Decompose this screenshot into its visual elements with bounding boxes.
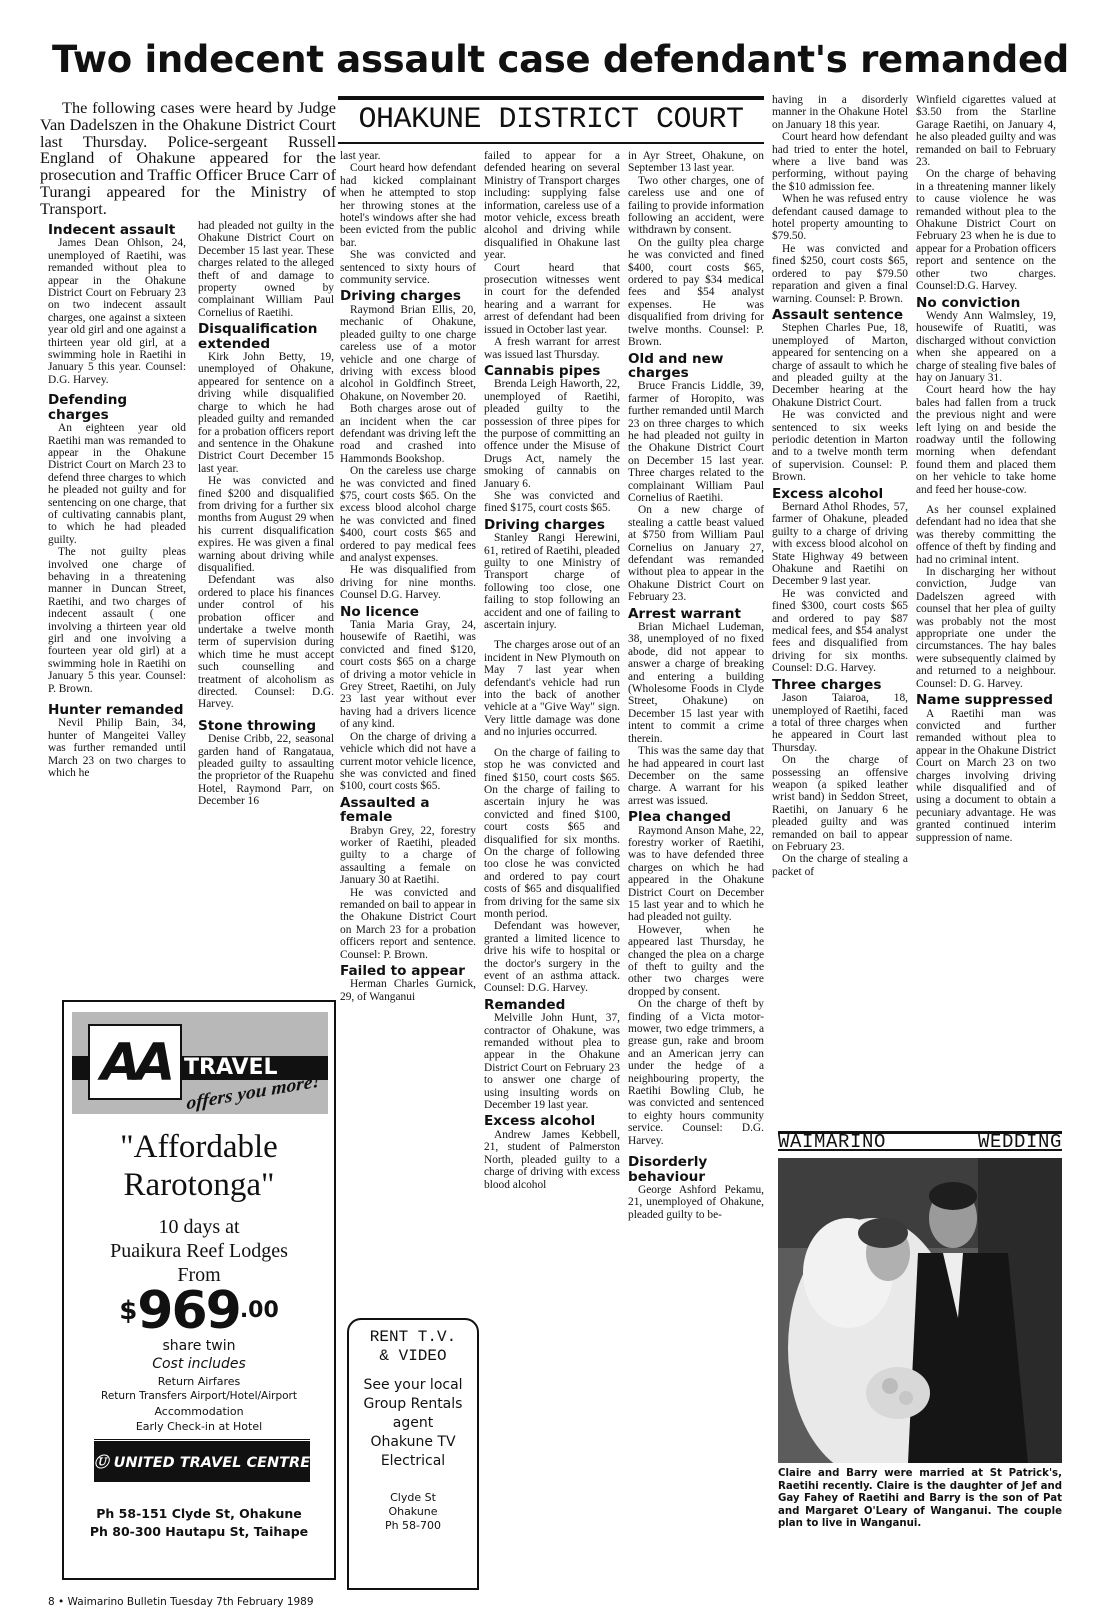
ad-share-twin: share twin <box>64 1338 334 1354</box>
article-text: Brian Michael Ludeman, 38, unemployed of… <box>628 621 764 745</box>
article-text: On the charge of behaving in a threateni… <box>916 168 1056 292</box>
article-text: In discharging her without conviction, J… <box>916 566 1056 690</box>
article-text: Wendy Ann Walmsley, 19, housewife of Rua… <box>916 310 1056 384</box>
ad-cost-includes: Cost includes <box>64 1356 334 1372</box>
subhead: Cannabis pipes <box>484 364 620 378</box>
subhead: Remanded <box>484 998 620 1012</box>
subhead: Plea changed <box>628 810 764 824</box>
subhead: Assault sentence <box>772 308 908 322</box>
price-cents: .00 <box>240 1298 279 1323</box>
subhead: Defending charges <box>48 393 186 422</box>
subhead: Arrest warrant <box>628 607 764 621</box>
article-text: Herman Charles Gurnick, 29, of Wanganui <box>340 978 476 1003</box>
subhead: Disqualification extended <box>198 322 334 351</box>
column-3: last year. Court heard how defendant had… <box>340 150 476 1003</box>
article-text: She was convicted and sentenced to sixty… <box>340 249 476 286</box>
united-logo-icon: Ⓤ <box>94 1455 114 1471</box>
price-symbol: $ <box>119 1296 137 1326</box>
article-text: The not guilty pleas involved one charge… <box>48 546 186 695</box>
article-text: in Ayr Street, Ohakune, on September 13 … <box>628 150 764 175</box>
rent-body-3: agent <box>349 1414 477 1433</box>
subhead: Driving charges <box>484 518 620 532</box>
article-text: On the guilty plea charge he was convict… <box>628 237 764 349</box>
article-text: He was convicted and fined $200 and disq… <box>198 475 334 574</box>
article-text: Brenda Leigh Haworth, 22, unemployed of … <box>484 378 620 490</box>
column-5: in Ayr Street, Ohakune, on September 13 … <box>628 150 764 1221</box>
article-text: Bruce Francis Liddle, 39, farmer of Horo… <box>628 380 764 504</box>
article-text: Defendant was however, granted a limited… <box>484 920 620 994</box>
ad-include-4: Early Check-in at Hotel <box>64 1420 334 1433</box>
article-text: Tania Maria Gray, 24, housewife of Raeti… <box>340 619 476 731</box>
subhead: Three charges <box>772 678 908 692</box>
wedding-heading-right: WEDDING <box>978 1134 1062 1149</box>
subhead: Assaulted a female <box>340 796 476 825</box>
rent-addr-3: Ph 58-700 <box>349 1519 477 1533</box>
ad-include-1: Return Airfares <box>64 1375 334 1388</box>
page-headline: Two indecent assault case defendant's re… <box>52 38 1072 82</box>
rent-body-2: Group Rentals <box>349 1395 477 1414</box>
rent-addr-1: Clyde St <box>349 1491 477 1505</box>
article-text: Jason Taiaroa, 18, unemployed of Raetihi… <box>772 692 908 754</box>
article-text: Court heard that prosecution witnesses w… <box>484 262 620 336</box>
united-name: UNITED TRAVEL CENTRE <box>114 1455 311 1471</box>
wedding-couple-image <box>778 1158 1062 1463</box>
article-text: last year. <box>340 150 476 162</box>
article-text: He was convicted and fined $250, court c… <box>772 243 908 305</box>
article-text: George Ashford Pekamu, 21, unemployed of… <box>628 1184 764 1221</box>
article-text: Andrew James Kebbell, 21, student of Pal… <box>484 1129 620 1191</box>
subhead: Disorderly behaviour <box>628 1155 764 1184</box>
aa-logo-mark: AA <box>88 1024 182 1100</box>
court-banner: OHAKUNE DISTRICT COURT <box>338 96 764 144</box>
article-text: On the charge of failing to stop he was … <box>484 747 620 921</box>
subhead: Driving charges <box>340 289 476 303</box>
article-text: Raymond Anson Mahe, 22, forestry worker … <box>628 825 764 924</box>
subhead: No conviction <box>916 296 1056 310</box>
article-text: When he was refused entry defendant caus… <box>772 193 908 243</box>
article-text: On the careless use charge he was convic… <box>340 465 476 564</box>
article-text: On a new charge of stealing a cattle bea… <box>628 504 764 603</box>
ad-price: $969.00 <box>64 1286 334 1342</box>
rent-title-1: RENT T.V. <box>349 1328 477 1346</box>
article-text: Winfield cigarettes valued at $3.50 from… <box>916 94 1056 168</box>
article-text: Denise Cribb, 22, seasonal garden hand o… <box>198 733 334 807</box>
article-text: He was convicted and sentenced to six we… <box>772 409 908 483</box>
ad-title-line-2: Rarotonga" <box>64 1168 334 1202</box>
column-4: failed to appear for a defended hearing … <box>484 150 620 1191</box>
logo-travel-text: TRAVEL <box>184 1056 278 1080</box>
article-text: She was convicted and fined $175, court … <box>484 490 620 515</box>
article-text: Court heard how the hay bales had fallen… <box>916 384 1056 496</box>
article-text: However, when he appeared last Thursday,… <box>628 924 764 998</box>
ad-title-line-1: "Affordable <box>64 1130 334 1164</box>
article-text: A fresh warrant for arrest was issued la… <box>484 336 620 361</box>
rent-addr-2: Ohakune <box>349 1505 477 1519</box>
article-text: Brabyn Grey, 22, forestry worker of Raet… <box>340 825 476 887</box>
wedding-heading: WAIMARINO WEDDING <box>778 1131 1062 1151</box>
article-text: Court heard how defendant had tried to e… <box>772 131 908 193</box>
rent-body-1: See your local <box>349 1376 477 1395</box>
article-text: Bernard Athol Rhodes, 57, farmer of Ohak… <box>772 501 908 588</box>
subhead: Excess alcohol <box>484 1114 620 1128</box>
ad-phone-ohakune: Ph 58-151 Clyde St, Ohakune <box>64 1506 334 1521</box>
subhead: Name suppressed <box>916 693 1056 707</box>
wedding-caption: Claire and Barry were married at St Patr… <box>778 1468 1062 1531</box>
page-footer: 8 • Waimarino Bulletin Tuesday 7th Febru… <box>48 1596 314 1608</box>
price-main: 969 <box>137 1281 240 1341</box>
article-text: Defendant was also ordered to place his … <box>198 574 334 710</box>
column-2: had pleaded not guilty in the Ohakune Di… <box>198 220 334 808</box>
subhead: Indecent assault <box>48 223 186 237</box>
subhead: Stone throwing <box>198 719 334 733</box>
column-1: Indecent assault James Dean Ohlson, 24, … <box>48 220 186 779</box>
subhead: Failed to appear <box>340 964 476 978</box>
rent-body-4: Ohakune TV <box>349 1433 477 1452</box>
article-text: Raymond Brian Ellis, 20, mechanic of Oha… <box>340 304 476 403</box>
article-text: Nevil Philip Bain, 34, hunter of Mangeit… <box>48 717 186 779</box>
article-text: He was convicted and fined $300, court c… <box>772 588 908 675</box>
intro-paragraph: The following cases were heard by Judge … <box>40 100 336 218</box>
rent-body-5: Electrical <box>349 1452 477 1471</box>
article-text: On the charge of possessing an offensive… <box>772 754 908 853</box>
article-text: This was the same day that he had appear… <box>628 745 764 807</box>
aa-travel-logo: AA TRAVEL offers you more! <box>72 1012 328 1114</box>
subhead: Hunter remanded <box>48 703 186 717</box>
article-text: On the charge of stealing a packet of <box>772 853 908 878</box>
article-text: Stanley Rangi Herewini, 61, retired of R… <box>484 532 620 631</box>
united-travel-centre-banner: Ⓤ UNITED TRAVEL CENTRE <box>94 1438 310 1482</box>
article-text: failed to appear for a defended hearing … <box>484 150 620 262</box>
wedding-heading-left: WAIMARINO <box>778 1134 886 1149</box>
ad-days: 10 days at <box>64 1216 334 1238</box>
subhead: No licence <box>340 605 476 619</box>
article-text: Kirk John Betty, 19, unemployed of Ohaku… <box>198 351 334 475</box>
subhead: Excess alcohol <box>772 487 908 501</box>
wedding-photo <box>778 1158 1062 1463</box>
article-text: He was convicted and remanded on bail to… <box>340 887 476 961</box>
aa-travel-advertisement: AA TRAVEL offers you more! "Affordable R… <box>62 1000 336 1580</box>
ad-include-3: Accommodation <box>64 1405 334 1418</box>
article-text: As her counsel explained defendant had n… <box>916 504 1056 566</box>
article-text: James Dean Ohlson, 24, unemployed of Rae… <box>48 237 186 386</box>
article-text: Two other charges, one of careless use a… <box>628 175 764 237</box>
column-7: Winfield cigarettes valued at $3.50 from… <box>916 94 1056 844</box>
article-text: Both charges arose out of an incident wh… <box>340 403 476 465</box>
article-text: had pleaded not guilty in the Ohakune Di… <box>198 220 334 319</box>
ad-include-2: Return Transfers Airport/Hotel/Airport <box>64 1390 334 1403</box>
rent-title-2: & VIDEO <box>349 1346 477 1366</box>
article-text: On the charge of driving a vehicle which… <box>340 731 476 793</box>
ad-phone-taihape: Ph 80-300 Hautapu St, Taihape <box>64 1524 334 1539</box>
column-6: having in a disorderly manner in the Oha… <box>772 94 908 878</box>
article-text: Melville John Hunt, 37, contractor of Oh… <box>484 1012 620 1111</box>
article-text: He was disqualified from driving for nin… <box>340 564 476 601</box>
article-text: An eighteen year old Raetihi man was rem… <box>48 422 186 546</box>
article-text: The charges arose out of an incident in … <box>484 639 620 738</box>
ad-lodge: Puaikura Reef Lodges <box>64 1240 334 1262</box>
article-text: Court heard how defendant had kicked com… <box>340 162 476 249</box>
article-text: Stephen Charles Pue, 18, unemployed of M… <box>772 322 908 409</box>
article-text: having in a disorderly manner in the Oha… <box>772 94 908 131</box>
rent-tv-advertisement: RENT T.V. & VIDEO See your local Group R… <box>347 1318 479 1590</box>
article-text: On the charge of theft by finding of a V… <box>628 998 764 1147</box>
article-text: A Raetihi man was convicted and further … <box>916 708 1056 844</box>
subhead: Old and new charges <box>628 352 764 381</box>
